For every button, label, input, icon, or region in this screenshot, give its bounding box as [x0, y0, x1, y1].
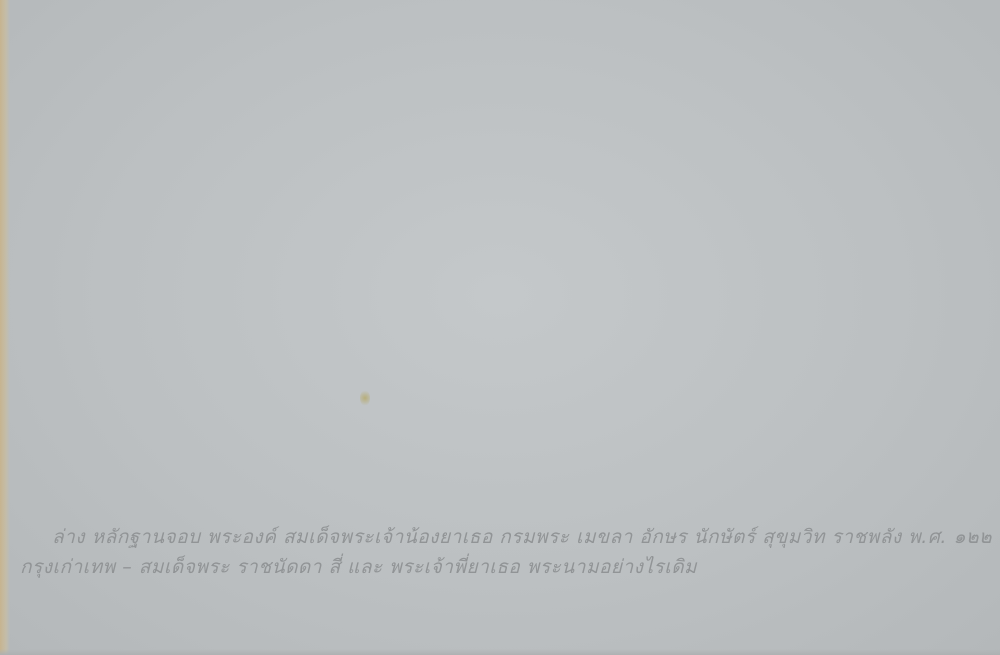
card-bottom-edge: [0, 649, 1000, 655]
stain-mark: [360, 390, 370, 406]
card-back-photo: ล่าง หลักฐานจอบ พระองค์ สมเด็จพระเจ้าน้อ…: [0, 0, 1000, 655]
card-left-edge: [0, 0, 10, 655]
inscription-line-2: กรุงเก่าเทพ – สมเด็จพระ ราชนัดดา สี่ และ…: [20, 552, 980, 582]
inscription-line-1: ล่าง หลักฐานจอบ พระองค์ สมเด็จพระเจ้าน้อ…: [20, 522, 980, 552]
handwritten-inscription: ล่าง หลักฐานจอบ พระองค์ สมเด็จพระเจ้าน้อ…: [20, 522, 980, 582]
